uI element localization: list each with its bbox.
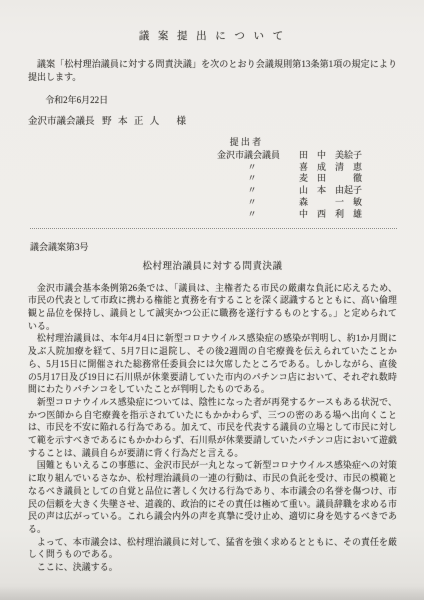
addressee-name: 野 本 正 人 [102, 116, 161, 129]
ditto-mark: 〃 [217, 162, 287, 174]
addressee-honorific: 様 [176, 116, 186, 129]
ditto-mark: 〃 [217, 197, 287, 209]
submitter-row: 金沢市議会議員 田 中 美絵子 [217, 150, 397, 162]
resolution-title: 松村理治議員に対する問責決議 [28, 258, 397, 272]
body-paragraph-1: 金沢市議会基本条例第26条では、「議員は、主権者たる市民の厳粛な負託に応えるため… [28, 282, 397, 333]
submitter-name: 喜 成 清 恵 [299, 162, 362, 174]
ditto-mark: 〃 [217, 185, 287, 197]
submitters-heading: 提 出 者 [230, 137, 397, 149]
ditto-mark: 〃 [217, 209, 287, 221]
submitter-row: 〃 中 西 利 雄 [217, 209, 397, 221]
dotted-divider [30, 228, 397, 229]
submitter-role: 金沢市議会議員 [217, 150, 287, 162]
addressee-title: 金沢市議会議長 [28, 116, 95, 129]
scanned-document-page: 議 案 提 出 に つ い て 議案「松村理治議員に対する問責決議」を次のとおり… [0, 0, 424, 600]
body-paragraph-3: 新型コロナウイルス感染症については、陰性になった者が再発するケースもある状況で、… [28, 396, 397, 460]
addressee-line: 金沢市議会議長 野 本 正 人 様 [28, 116, 397, 129]
bill-number: 議会議案第3号 [30, 241, 397, 254]
intro-paragraph: 議案「松村理治議員に対する問責決議」を次のとおり会議規則第13条第1項の規定によ… [28, 58, 397, 84]
body-paragraph-2: 松村理治議員は、本年4月4日に新型コロナウイルス感染症の感染が判明し、約1か月間… [28, 332, 397, 396]
submitter-row: 〃 山 本 由起子 [217, 185, 397, 197]
submitter-name: 麦 田 徹 [299, 173, 362, 185]
body-paragraph-5: よって、本市議会は、松村理治議員に対して、猛省を強く求めるとともに、その責任を厳… [28, 536, 397, 561]
submitter-name: 山 本 由起子 [299, 185, 362, 197]
submitter-name: 田 中 美絵子 [299, 150, 362, 162]
submitter-name: 森 一 敏 [299, 197, 362, 209]
submitter-row: 〃 麦 田 徹 [217, 173, 397, 185]
submitter-row: 〃 喜 成 清 恵 [217, 162, 397, 174]
document-title: 議 案 提 出 に つ い て [28, 28, 397, 43]
submitters-block: 提 出 者 金沢市議会議員 田 中 美絵子 〃 喜 成 清 恵 〃 麦 田 徹 … [217, 137, 397, 221]
submitter-row: 〃 森 一 敏 [217, 197, 397, 209]
submitter-name: 中 西 利 雄 [299, 209, 362, 221]
resolution-body: 金沢市議会基本条例第26条では、「議員は、主権者たる市民の厳粛な負託に応えるため… [28, 282, 397, 574]
ditto-mark: 〃 [217, 173, 287, 185]
closing-line: ここに、決議する。 [28, 561, 397, 574]
body-paragraph-4: 国難ともいえるこの事態に、金沢市民が一丸となって新型コロナウイルス感染症への対策… [28, 459, 397, 535]
date-line: 令和2年6月22日 [45, 94, 397, 107]
